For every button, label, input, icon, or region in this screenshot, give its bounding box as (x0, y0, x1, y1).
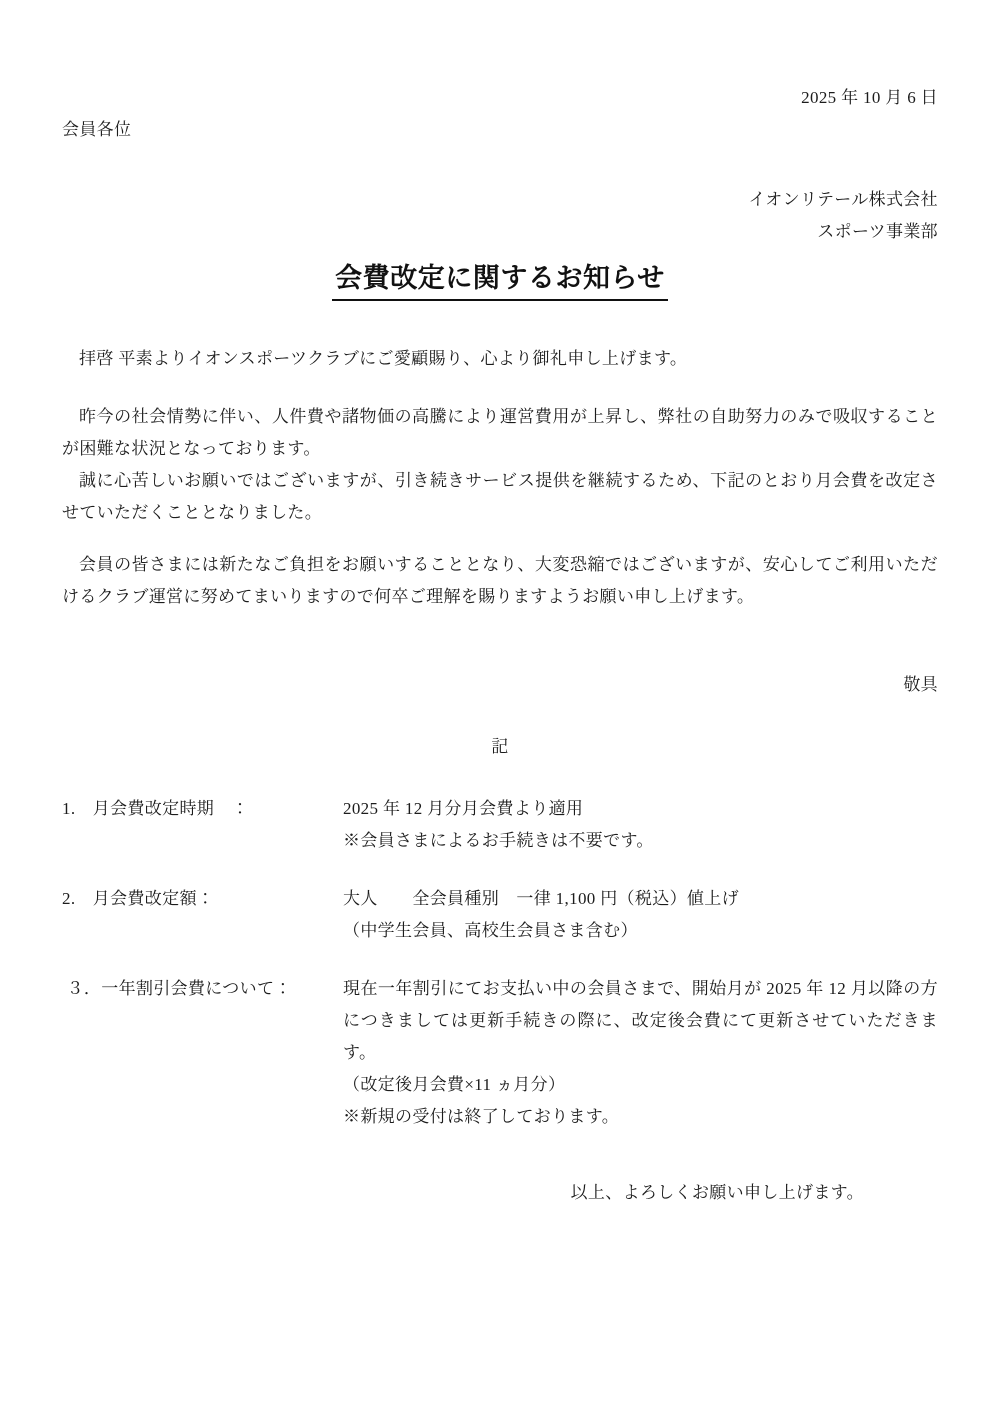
fee-item-label: 1. 月会費改定時期 ： (62, 793, 343, 825)
fee-item-content: 大人 全会員種別 一律 1,100 円（税込）値上げ （中学生会員、高校生会員さ… (343, 883, 938, 947)
body-paragraph: 会員の皆さまには新たなご負担をお願いすることとなり、大変恐縮ではございますが、安… (62, 549, 938, 613)
body-paragraph-group-2: 会員の皆さまには新たなご負担をお願いすることとなり、大変恐縮ではございますが、安… (62, 549, 938, 613)
body-paragraph: 昨今の社会情勢に伴い、人件費や諸物価の高騰により運営費用が上昇し、弊社の自助努力… (62, 401, 938, 465)
fee-item-row: 2. 月会費改定額： 大人 全会員種別 一律 1,100 円（税込）値上げ （中… (62, 883, 938, 947)
fee-item-label: 2. 月会費改定額： (62, 883, 343, 915)
fee-item-line: 大人 全会員種別 一律 1,100 円（税込）値上げ (343, 883, 938, 915)
title-row: 会費改定に関するお知らせ (62, 260, 938, 301)
page-title: 会費改定に関するお知らせ (332, 260, 668, 301)
recipient: 会員各位 (62, 118, 938, 142)
letter-date: 2025 年 10 月 6 日 (62, 86, 938, 110)
fee-item-label: ３．一年割引会費について： (62, 973, 343, 1005)
greeting-paragraph: 拝啓 平素よりイオンスポーツクラブにご愛顧賜り、心より御礼申し上げます。 (62, 343, 938, 375)
fee-item-line: 2025 年 12 月分月会費より適用 (343, 793, 938, 825)
body-paragraph-group-1: 昨今の社会情勢に伴い、人件費や諸物価の高騰により運営費用が上昇し、弊社の自助努力… (62, 401, 938, 529)
fee-item-line: （改定後月会費×11 ヵ月分） (343, 1069, 938, 1101)
sender-block: イオンリテール株式会社 スポーツ事業部 (62, 184, 938, 248)
fee-item-row: ３．一年割引会費について： 現在一年割引にてお支払い中の会員さまで、開始月が 2… (62, 973, 938, 1133)
fee-item-line: ※新規の受付は終了しております。 (343, 1101, 938, 1133)
fee-item-line: 現在一年割引にてお支払い中の会員さまで、開始月が 2025 年 12 月以降の方… (343, 973, 938, 1069)
closing-salutation: 敬具 (62, 669, 938, 701)
fee-item-line: ※会員さまによるお手続きは不要です。 (343, 825, 938, 857)
letter-page: 2025 年 10 月 6 日 会員各位 イオンリテール株式会社 スポーツ事業部… (0, 0, 1000, 1413)
fee-items-list: 1. 月会費改定時期 ： 2025 年 12 月分月会費より適用 ※会員さまによ… (62, 793, 938, 1133)
closing-note: 以上、よろしくお願い申し上げます。 (62, 1177, 938, 1209)
body-paragraph: 誠に心苦しいお願いではございますが、引き続きサービス提供を継続するため、下記のと… (62, 465, 938, 529)
sender-company: イオンリテール株式会社 (62, 184, 938, 216)
fee-item-content: 現在一年割引にてお支払い中の会員さまで、開始月が 2025 年 12 月以降の方… (343, 973, 938, 1133)
record-heading: 記 (62, 731, 938, 763)
fee-item-line: （中学生会員、高校生会員さま含む） (343, 915, 938, 947)
fee-item-row: 1. 月会費改定時期 ： 2025 年 12 月分月会費より適用 ※会員さまによ… (62, 793, 938, 857)
sender-department: スポーツ事業部 (62, 216, 938, 248)
fee-item-content: 2025 年 12 月分月会費より適用 ※会員さまによるお手続きは不要です。 (343, 793, 938, 857)
